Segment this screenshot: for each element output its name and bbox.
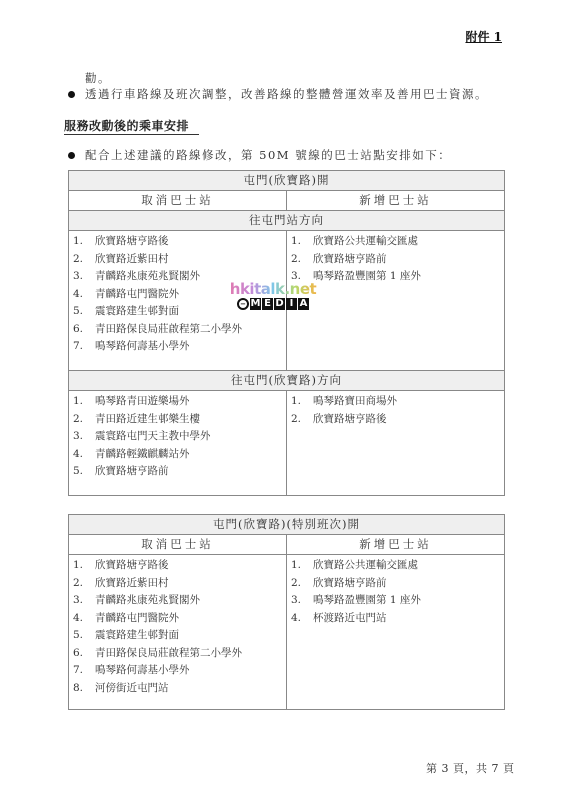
list-item: 7.鳴琴路何壽基小學外 <box>73 338 286 356</box>
watermark-text: hkitalk.net <box>229 282 317 297</box>
list-item: 2.欣寶路近紫田村 <box>73 575 286 593</box>
list-item: 1.鳴琴路寶田商場外 <box>291 393 504 411</box>
watermark-logo: hkitalk.net − M E D I A <box>229 282 317 310</box>
page-number: 第 3 頁，共 7 頁 <box>426 760 514 776</box>
direction-header: 往屯門站方向 <box>69 211 505 231</box>
list-item: 1.欣寶路塘亨路後 <box>73 233 286 251</box>
list-item: 4.杯渡路近屯門站 <box>291 610 504 628</box>
list-item: 6.青田路保良局莊啟程第二小學外 <box>73 321 286 339</box>
list-item: 1.欣寶路公共運輸交匯處 <box>291 233 504 251</box>
list-item: 2.欣寶路近紫田村 <box>73 251 286 269</box>
bullet-icon <box>68 152 75 159</box>
list-item: 6.青田路保良局莊啟程第二小學外 <box>73 645 286 663</box>
list-item: 4.青麟路輕鐵麒麟站外 <box>73 446 286 464</box>
table-title: 屯門(欣寶路)(特別班次)開 <box>69 515 505 535</box>
bullet-text-1: 透過行車路線及班次調整，改善路線的整體營運效率及善用巴士資源。 <box>85 86 488 102</box>
list-item: 5.震寰路建生邨對面 <box>73 627 286 645</box>
list-item: 1.欣寶路公共運輸交匯處 <box>291 557 504 575</box>
cancelled-stops-list: 1.欣寶路塘亨路後 2.欣寶路近紫田村 3.青麟路兆康苑兆賢閣外 4.青麟路屯門… <box>69 555 286 709</box>
bullet-text-2: 配合上述建議的路線修改，第 50M 號線的巴士站點安排如下： <box>85 147 451 163</box>
added-stops-list: 1.欣寶路公共運輸交匯處 2.欣寶路塘亨路前 3.鳴琴路盈豐園第 1 座外 4.… <box>287 555 504 639</box>
column-header-added: 新增巴士站 <box>287 535 505 555</box>
list-item: 8.河傍街近屯門站 <box>73 680 286 698</box>
bus-stop-table-1: 屯門(欣寶路)開 取消巴士站 新增巴士站 往屯門站方向 1.欣寶路塘亨路後 2.… <box>68 170 505 496</box>
cancelled-stops-cell: 1.鳴琴路青田遊樂場外 2.青田路近建生邨樂生樓 3.震寰路屯門天主教中學外 4… <box>69 391 287 496</box>
continuation-text: 勸。 <box>85 70 111 86</box>
list-item: 4.青麟路屯門醫院外 <box>73 610 286 628</box>
column-header-cancelled: 取消巴士站 <box>69 191 287 211</box>
list-item: 2.欣寶路塘亨路前 <box>291 251 504 269</box>
list-item: 1.欣寶路塘亨路後 <box>73 557 286 575</box>
section-heading: 服務改動後的乘車安排 <box>64 119 199 135</box>
list-item: 2.欣寶路塘亨路前 <box>291 575 504 593</box>
watermark-media-badge: − M E D I A <box>229 298 317 310</box>
list-item: 3.鳴琴路盈豐園第 1 座外 <box>291 268 504 286</box>
annex-label: 附件 1 <box>465 28 502 45</box>
list-item: 1.鳴琴路青田遊樂場外 <box>73 393 286 411</box>
column-header-added: 新增巴士站 <box>287 191 505 211</box>
direction-header: 往屯門(欣寶路)方向 <box>69 371 505 391</box>
list-item: 7.鳴琴路何壽基小學外 <box>73 662 286 680</box>
added-stops-cell: 1.欣寶路公共運輸交匯處 2.欣寶路塘亨路前 3.鳴琴路盈豐園第 1 座外 4.… <box>287 555 505 710</box>
media-logo-icon: − <box>237 298 249 310</box>
list-item: 3.青麟路兆康苑兆賢閣外 <box>73 592 286 610</box>
added-stops-cell: 1.欣寶路公共運輸交匯處 2.欣寶路塘亨路前 3.鳴琴路盈豐園第 1 座外 <box>287 231 505 371</box>
cancelled-stops-list: 1.鳴琴路青田遊樂場外 2.青田路近建生邨樂生樓 3.震寰路屯門天主教中學外 4… <box>69 391 286 495</box>
list-item: 2.青田路近建生邨樂生樓 <box>73 411 286 429</box>
bus-stop-table-2: 屯門(欣寶路)(特別班次)開 取消巴士站 新增巴士站 1.欣寶路塘亨路後 2.欣… <box>68 514 505 710</box>
cancelled-stops-cell: 1.欣寶路塘亨路後 2.欣寶路近紫田村 3.青麟路兆康苑兆賢閣外 4.青麟路屯門… <box>69 555 287 710</box>
list-item: 3.鳴琴路盈豐園第 1 座外 <box>291 592 504 610</box>
list-item: 5.欣寶路塘亨路前 <box>73 463 286 481</box>
added-stops-list: 1.鳴琴路寶田商場外 2.欣寶路塘亨路後 <box>287 391 504 440</box>
list-item: 2.欣寶路塘亨路後 <box>291 411 504 429</box>
table-title: 屯門(欣寶路)開 <box>69 171 505 191</box>
list-item: 3.震寰路屯門天主教中學外 <box>73 428 286 446</box>
added-stops-list: 1.欣寶路公共運輸交匯處 2.欣寶路塘亨路前 3.鳴琴路盈豐園第 1 座外 <box>287 231 504 298</box>
column-header-cancelled: 取消巴士站 <box>69 535 287 555</box>
added-stops-cell: 1.鳴琴路寶田商場外 2.欣寶路塘亨路後 <box>287 391 505 496</box>
bullet-icon <box>68 91 75 98</box>
